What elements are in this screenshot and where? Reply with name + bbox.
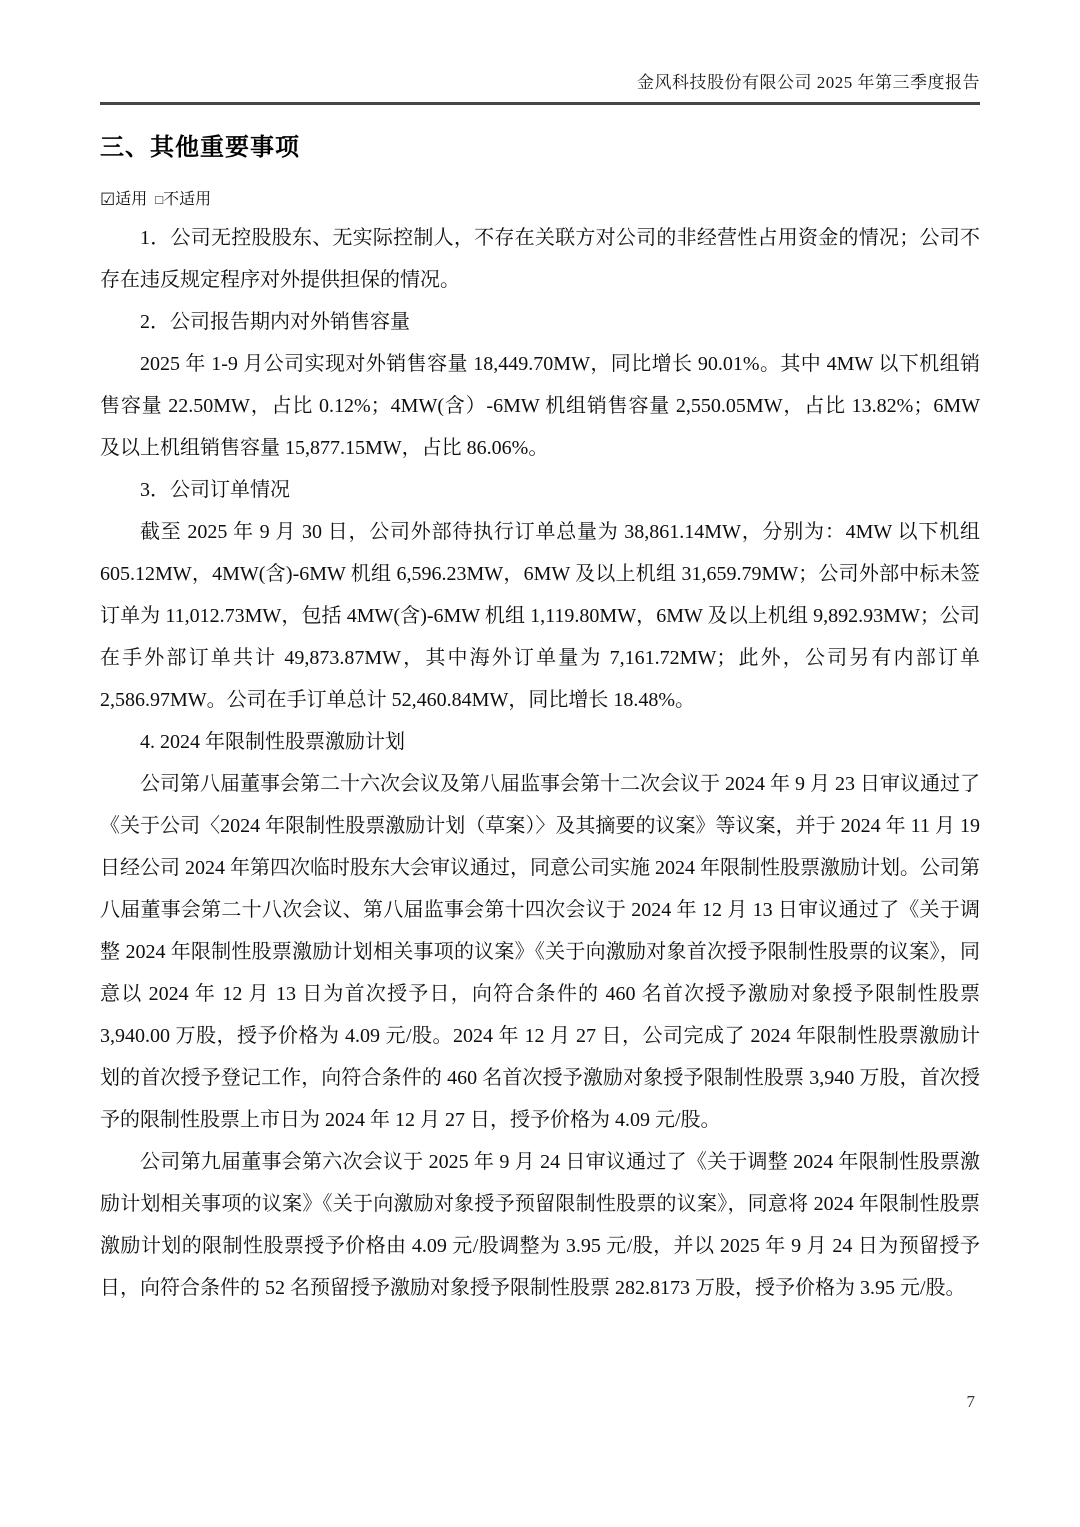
not-applicable-label: 不适用 <box>163 191 211 208</box>
paragraph-order-status: 截至 2025 年 9 月 30 日，公司外部待执行订单总量为 38,861.1… <box>100 511 980 721</box>
applicable-label: 适用 <box>115 191 147 208</box>
heading-restricted-stock-incentive-plan: 4. 2024 年限制性股票激励计划 <box>100 721 980 763</box>
document-body: 1．公司无控股股东、无实际控制人，不存在关联方对公司的非经营性占用资金的情况；公… <box>100 217 980 1309</box>
section-title: 三、其他重要事项 <box>100 131 980 165</box>
report-page: 金风科技股份有限公司 2025 年第三季度报告 三、其他重要事项 ☑适用□不适用… <box>0 0 1080 1527</box>
applicability-line: ☑适用□不适用 <box>100 189 980 211</box>
running-header: 金风科技股份有限公司 2025 年第三季度报告 <box>100 72 980 105</box>
paragraph-incentive-plan-2025-adjustment: 公司第九届董事会第六次会议于 2025 年 9 月 24 日审议通过了《关于调整… <box>100 1141 980 1309</box>
heading-external-sales-capacity: 2．公司报告期内对外销售容量 <box>100 301 980 343</box>
paragraph-incentive-plan-2024: 公司第八届董事会第二十六次会议及第八届监事会第十二次会议于 2024 年 9 月… <box>100 763 980 1141</box>
heading-order-status: 3．公司订单情况 <box>100 469 980 511</box>
report-title: 金风科技股份有限公司 2025 年第三季度报告 <box>637 73 980 92</box>
unchecked-checkbox-icon: □ <box>155 189 163 211</box>
paragraph-external-sales-capacity: 2025 年 1-9 月公司实现对外销售容量 18,449.70MW，同比增长 … <box>100 343 980 469</box>
page-number: 7 <box>967 1392 976 1412</box>
paragraph-no-controlling-shareholder: 1．公司无控股股东、无实际控制人，不存在关联方对公司的非经营性占用资金的情况；公… <box>100 217 980 301</box>
checked-checkbox-icon: ☑ <box>100 189 115 211</box>
